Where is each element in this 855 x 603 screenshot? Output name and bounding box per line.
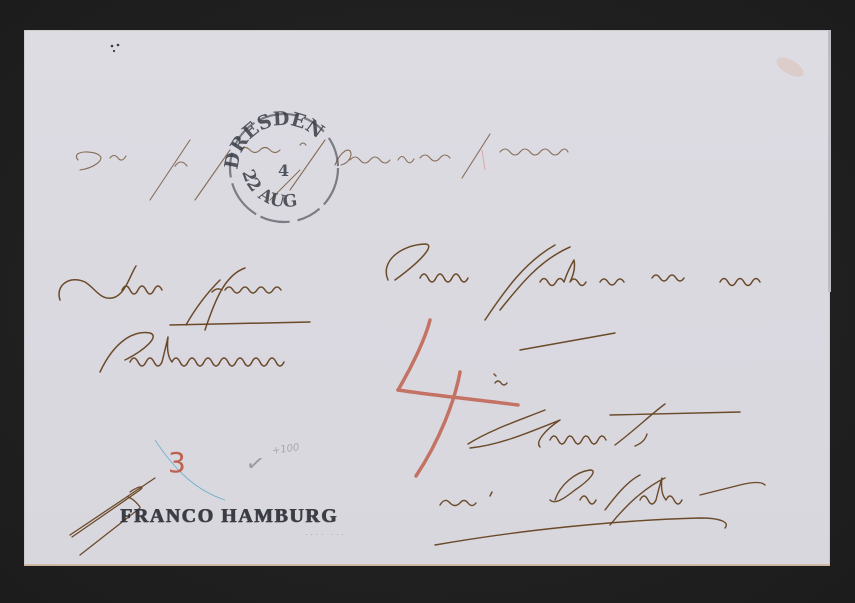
dresden-postmark: DRESDEN 4 22 AUG <box>224 108 344 226</box>
svg-text:DRESDEN: DRESDEN <box>224 108 328 171</box>
franco-hamburg-stamp: FRANCO HAMBURG <box>120 505 338 528</box>
postmark-number: 4 <box>278 161 289 180</box>
postmark-town: DRESDEN <box>224 108 328 171</box>
franco-stamp-subtext: ···· ··· <box>305 531 347 539</box>
red-numeral-3: 3 <box>168 446 186 479</box>
